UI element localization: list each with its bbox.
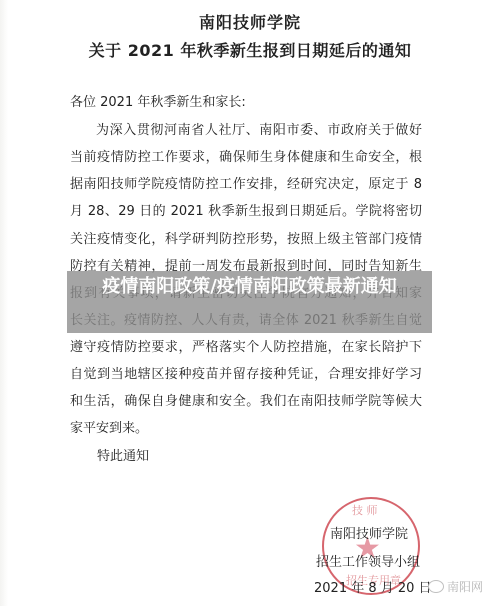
- body-line: 关注疫情变化，科学研判防控形势，按照上级主管部门疫情: [70, 228, 422, 247]
- page-edge-shadow: [0, 0, 8, 606]
- watermark-label: 南阳网: [447, 578, 483, 595]
- notice-title: 关于 2021 年秋季新生报到日期延后的通知: [0, 38, 500, 61]
- source-watermark: 南阳网: [428, 578, 483, 595]
- body-line: 遵守疫情防控要求，严格落实个人防控措施，在家长陪护下: [70, 336, 422, 355]
- salutation: 各位 2021 年秋季新生和家长:: [70, 91, 246, 110]
- body-line: 当前疫情防控工作要求，确保师生身体健康和生命安全，根: [70, 146, 422, 165]
- body-line: 家平安到来。: [70, 417, 422, 436]
- body-line: 据南阳技师学院疫情防控工作安排，经研究决定，原定于 8: [70, 173, 422, 192]
- caption-overlay-text: 疫情南阳政策/疫情南阳政策最新通知: [67, 274, 432, 300]
- signature-group: 招生工作领导小组: [316, 551, 420, 570]
- signature-date: 2021 年 8 月 20 日: [314, 577, 432, 596]
- body-line: 和生活，确保自身健康和安全。我们在南阳技师学院等候大: [70, 390, 422, 409]
- body-line: 为深入贯彻河南省人社厅、南阳市委、市政府关于做好: [96, 119, 422, 138]
- seal-top-text: 技 师: [352, 502, 378, 518]
- closing-remark: 特此通知: [97, 445, 149, 464]
- body-line: 自觉到当地辖区接种疫苗并留存接种凭证，合理安排好学习: [70, 363, 422, 382]
- signature-organization: 南阳技师学院: [330, 523, 408, 542]
- school-name-title: 南阳技师学院: [0, 10, 500, 33]
- body-line: 月 28、29 日的 2021 秋季新生报到日期延后。学院将密切: [70, 200, 422, 219]
- wechat-icon: [428, 580, 444, 593]
